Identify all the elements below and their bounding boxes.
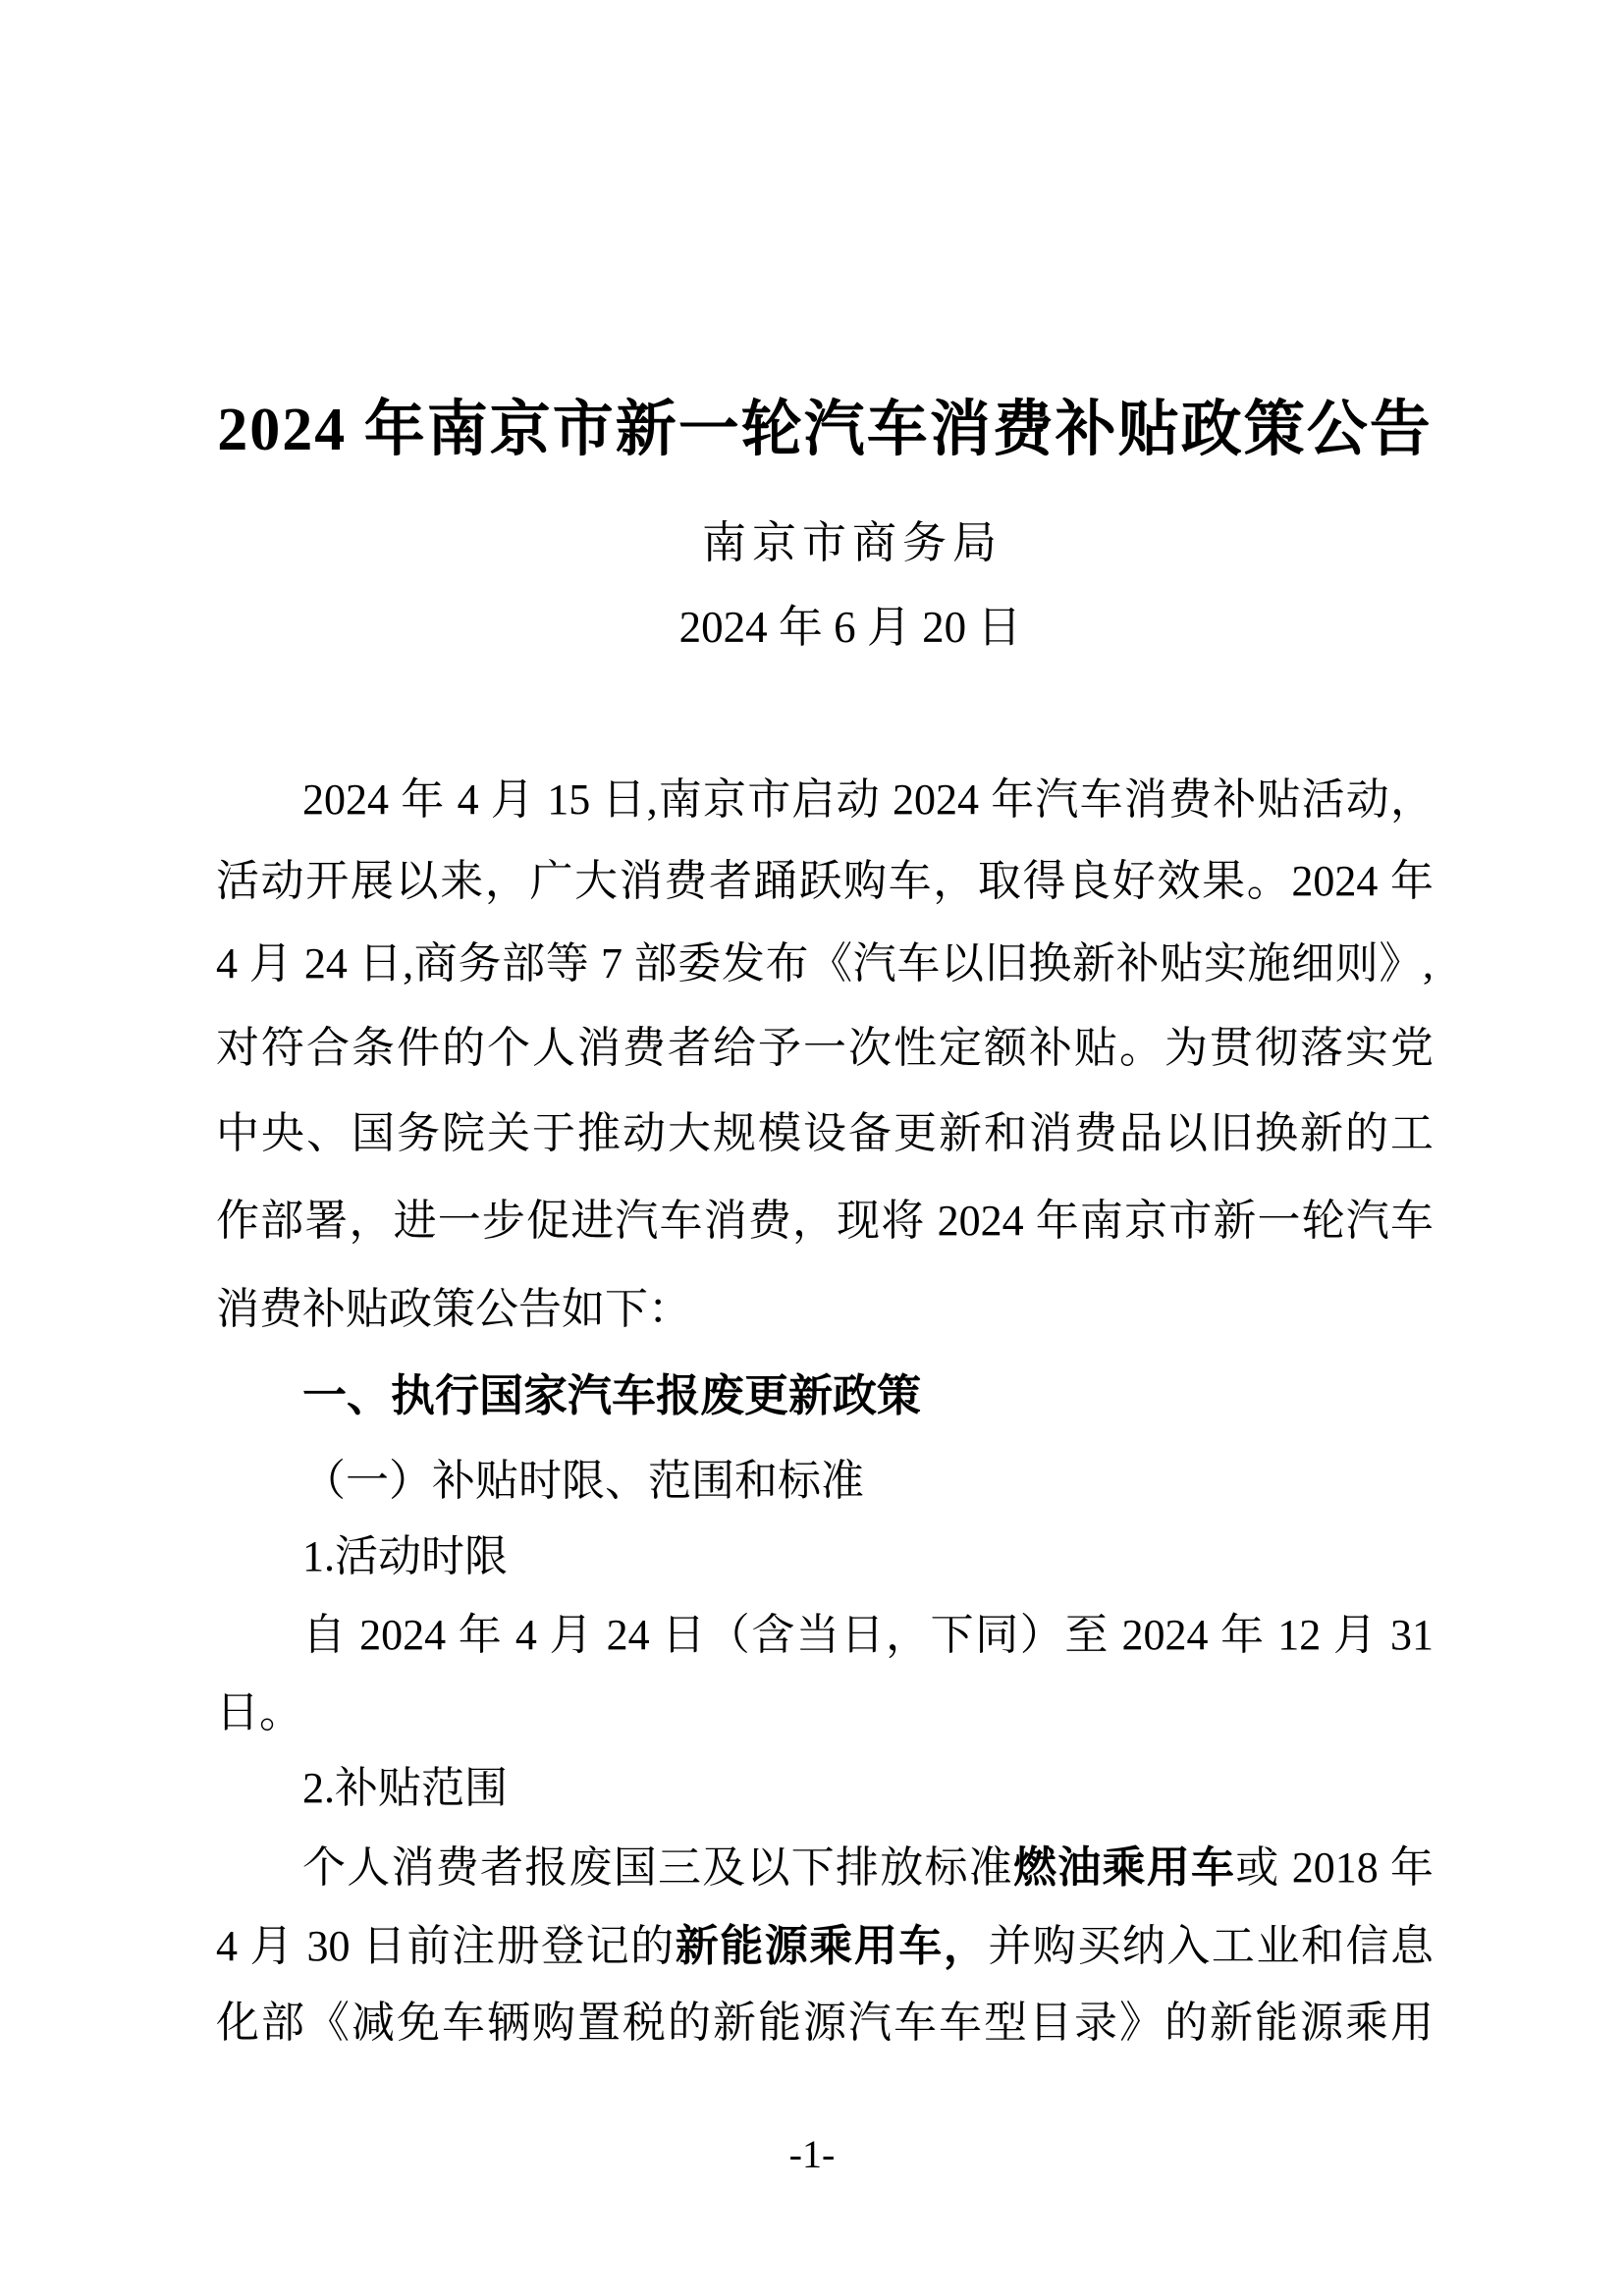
document-line: 4 月 24 日,商务部等 7 部委发布《汽车以旧换新补贴实施细则》, [216,923,1434,1005]
document-line: 4 月 30 日前注册登记的新能源乘用车，并购买纳入工业和信息 [216,1905,1434,1988]
document-line: 活动开展以来，广大消费者踊跃购车，取得良好效果。2024 年 [216,840,1434,923]
text-segment: 作部署，进一步促进汽车消费，现将 2024 年南京市新一轮汽车 [216,1197,1434,1245]
text-segment: 个人消费者报废国三及以下排放标准 [302,1843,1013,1892]
section-heading-line: 一、执行国家汽车报废更新政策 [216,1355,1434,1437]
document-line: 个人消费者报废国三及以下排放标准燃油乘用车或 2018 年 [216,1827,1434,1909]
text-segment: 并购买纳入工业和信息 [988,1922,1434,1970]
document-line: 2.补贴范围 [216,1747,1434,1830]
text-segment: 活动开展以来，广大消费者踊跃购车，取得良好效果。2024 年 [216,857,1434,905]
document-line: 中央、国务院关于推动大规模设备更新和消费品以旧换新的工 [216,1093,1434,1175]
text-segment: （一）补贴时限、范围和标准 [302,1457,864,1505]
document-line: 自 2024 年 4 月 24 日（含当日，下同）至 2024 年 12 月 3… [216,1594,1434,1677]
document-page: 2024 年南京市新一轮汽车消费补贴政策公告 南京市商务局 2024 年 6 月… [0,0,1624,2296]
document-line: 对符合条件的个人消费者给予一次性定额补贴。为贯彻落实党 [216,1007,1434,1090]
text-segment: 2.补贴范围 [302,1764,508,1812]
text-segment: 日。 [216,1688,302,1736]
text-segment: 4 月 24 日,商务部等 7 部委发布《汽车以旧换新补贴实施细则》, [216,939,1434,988]
bold-text-segment: 燃油乘用车 [1013,1843,1235,1892]
document-body: 2024 年 4 月 15 日,南京市启动 2024 年汽车消费补贴活动，活动开… [0,0,1624,2296]
text-segment: 中央、国务院关于推动大规模设备更新和消费品以旧换新的工 [216,1109,1434,1157]
text-segment: 1.活动时限 [302,1532,508,1580]
document-line: 2024 年 4 月 15 日,南京市启动 2024 年汽车消费补贴活动， [216,759,1434,841]
document-line: 消费补贴政策公告如下： [216,1268,1434,1351]
text-segment: 4 月 30 日前注册登记的 [216,1922,676,1970]
document-line: 化部《减免车辆购置税的新能源汽车车型目录》的新能源乘用 [216,1982,1434,2064]
document-line: 作部署，进一步促进汽车消费，现将 2024 年南京市新一轮汽车 [216,1180,1434,1262]
text-segment: 化部《减免车辆购置税的新能源汽车车型目录》的新能源乘用 [216,1999,1434,2047]
document-line: 1.活动时限 [216,1516,1434,1598]
bold-text-segment: 一、执行国家汽车报废更新政策 [302,1370,921,1420]
page-number: -1- [0,2130,1624,2179]
text-segment: 对符合条件的个人消费者给予一次性定额补贴。为贯彻落实党 [216,1024,1434,1072]
text-segment: 或 2018 年 [1235,1843,1434,1892]
document-line: （一）补贴时限、范围和标准 [216,1440,1434,1522]
document-line: 日。 [216,1672,1434,1754]
bold-text-segment: 新能源乘用车， [676,1922,989,1970]
text-segment: 消费补贴政策公告如下： [216,1285,691,1333]
text-segment: 2024 年 4 月 15 日,南京市启动 2024 年汽车消费补贴活动， [302,775,1434,824]
text-segment: 自 2024 年 4 月 24 日（含当日，下同）至 2024 年 12 月 3… [302,1611,1434,1659]
